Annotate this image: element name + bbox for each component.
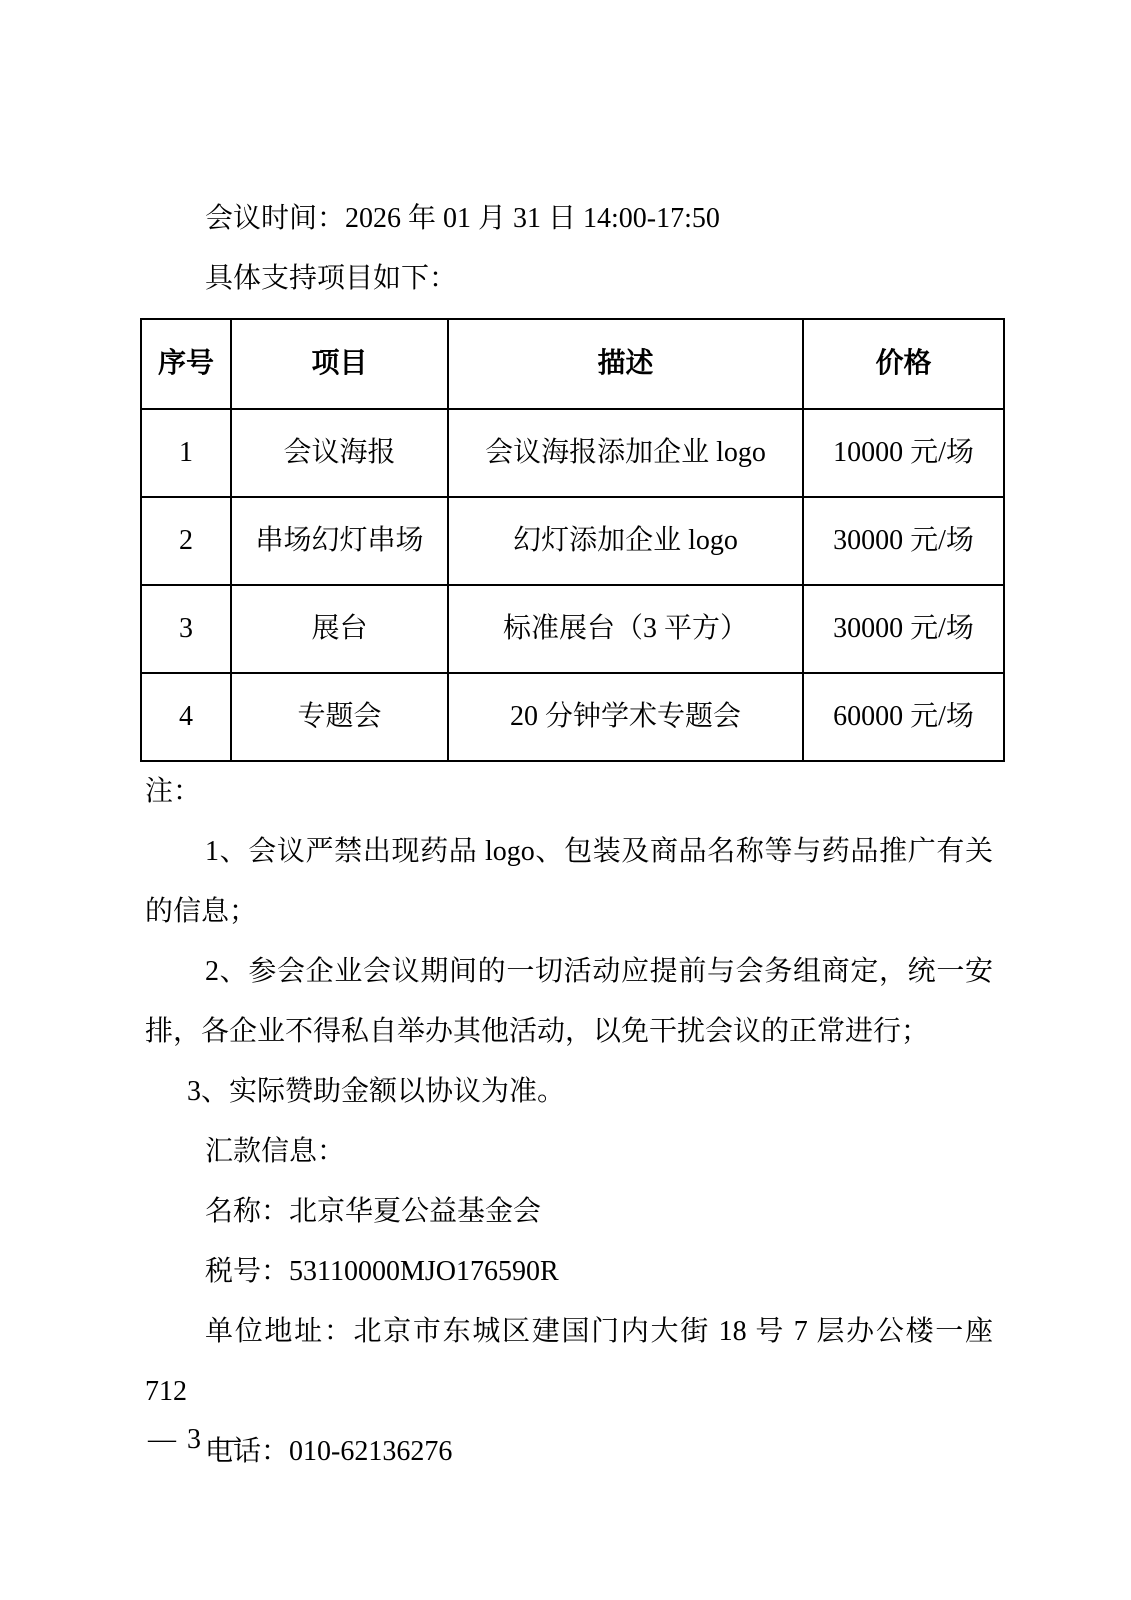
notes-label: 注： <box>145 762 993 822</box>
table-cell-item: 展台 <box>231 585 448 673</box>
table-cell-seq: 4 <box>141 673 231 761</box>
table-cell-seq: 3 <box>141 585 231 673</box>
table-cell-desc: 20 分钟学术专题会 <box>448 673 803 761</box>
table-header-cell-item: 项目 <box>231 319 448 409</box>
table-cell-item: 会议海报 <box>231 409 448 497</box>
page-number: — 3 — <box>148 1412 242 1468</box>
table-cell-desc: 标准展台（3 平方） <box>448 585 803 673</box>
remittance-address-line: 单位地址：北京市东城区建国门内大街 18 号 7 层办公楼一座 712 <box>145 1302 993 1422</box>
remittance-name-line: 名称：北京华夏公益基金会 <box>145 1182 993 1242</box>
table-cell-price: 10000 元/场 <box>803 409 1004 497</box>
table-row: 4 专题会 20 分钟学术专题会 60000 元/场 <box>141 673 1004 761</box>
table-cell-price: 30000 元/场 <box>803 497 1004 585</box>
table-cell-price: 30000 元/场 <box>803 585 1004 673</box>
table-header-cell-price: 价格 <box>803 319 1004 409</box>
table-header-cell-desc: 描述 <box>448 319 803 409</box>
remittance-heading: 汇款信息： <box>145 1122 993 1182</box>
table-header-cell-seq: 序号 <box>141 319 231 409</box>
table-cell-item: 串场幻灯串场 <box>231 497 448 585</box>
meeting-time-line: 会议时间：2026 年 01 月 31 日 14:00-17:50 <box>145 189 993 249</box>
table-row: 3 展台 标准展台（3 平方） 30000 元/场 <box>141 585 1004 673</box>
remittance-phone-line: 电话：010-62136276 <box>145 1422 993 1482</box>
note-item-3: 3、实际赞助金额以协议为准。 <box>145 1062 993 1122</box>
table-row: 2 串场幻灯串场 幻灯添加企业 logo 30000 元/场 <box>141 497 1004 585</box>
table-cell-price: 60000 元/场 <box>803 673 1004 761</box>
sponsor-price-table: 序号 项目 描述 价格 1 会议海报 会议海报添加企业 logo 10000 元… <box>140 318 1005 762</box>
table-cell-seq: 1 <box>141 409 231 497</box>
note-item-1: 1、会议严禁出现药品 logo、包装及商品名称等与药品推广有关的信息； <box>145 822 993 942</box>
document-body: 会议时间：2026 年 01 月 31 日 14:00-17:50 具体支持项目… <box>145 189 993 1482</box>
table-cell-seq: 2 <box>141 497 231 585</box>
note-item-2: 2、参会企业会议期间的一切活动应提前与会务组商定，统一安排，各企业不得私自举办其… <box>145 942 993 1062</box>
table-row: 1 会议海报 会议海报添加企业 logo 10000 元/场 <box>141 409 1004 497</box>
table-header-row: 序号 项目 描述 价格 <box>141 319 1004 409</box>
document-page: 会议时间：2026 年 01 月 31 日 14:00-17:50 具体支持项目… <box>0 0 1131 1600</box>
table-cell-item: 专题会 <box>231 673 448 761</box>
table-cell-desc: 幻灯添加企业 logo <box>448 497 803 585</box>
remittance-tax-id-line: 税号：53110000MJO176590R <box>145 1242 993 1302</box>
table-cell-desc: 会议海报添加企业 logo <box>448 409 803 497</box>
support-intro-line: 具体支持项目如下： <box>145 249 993 309</box>
